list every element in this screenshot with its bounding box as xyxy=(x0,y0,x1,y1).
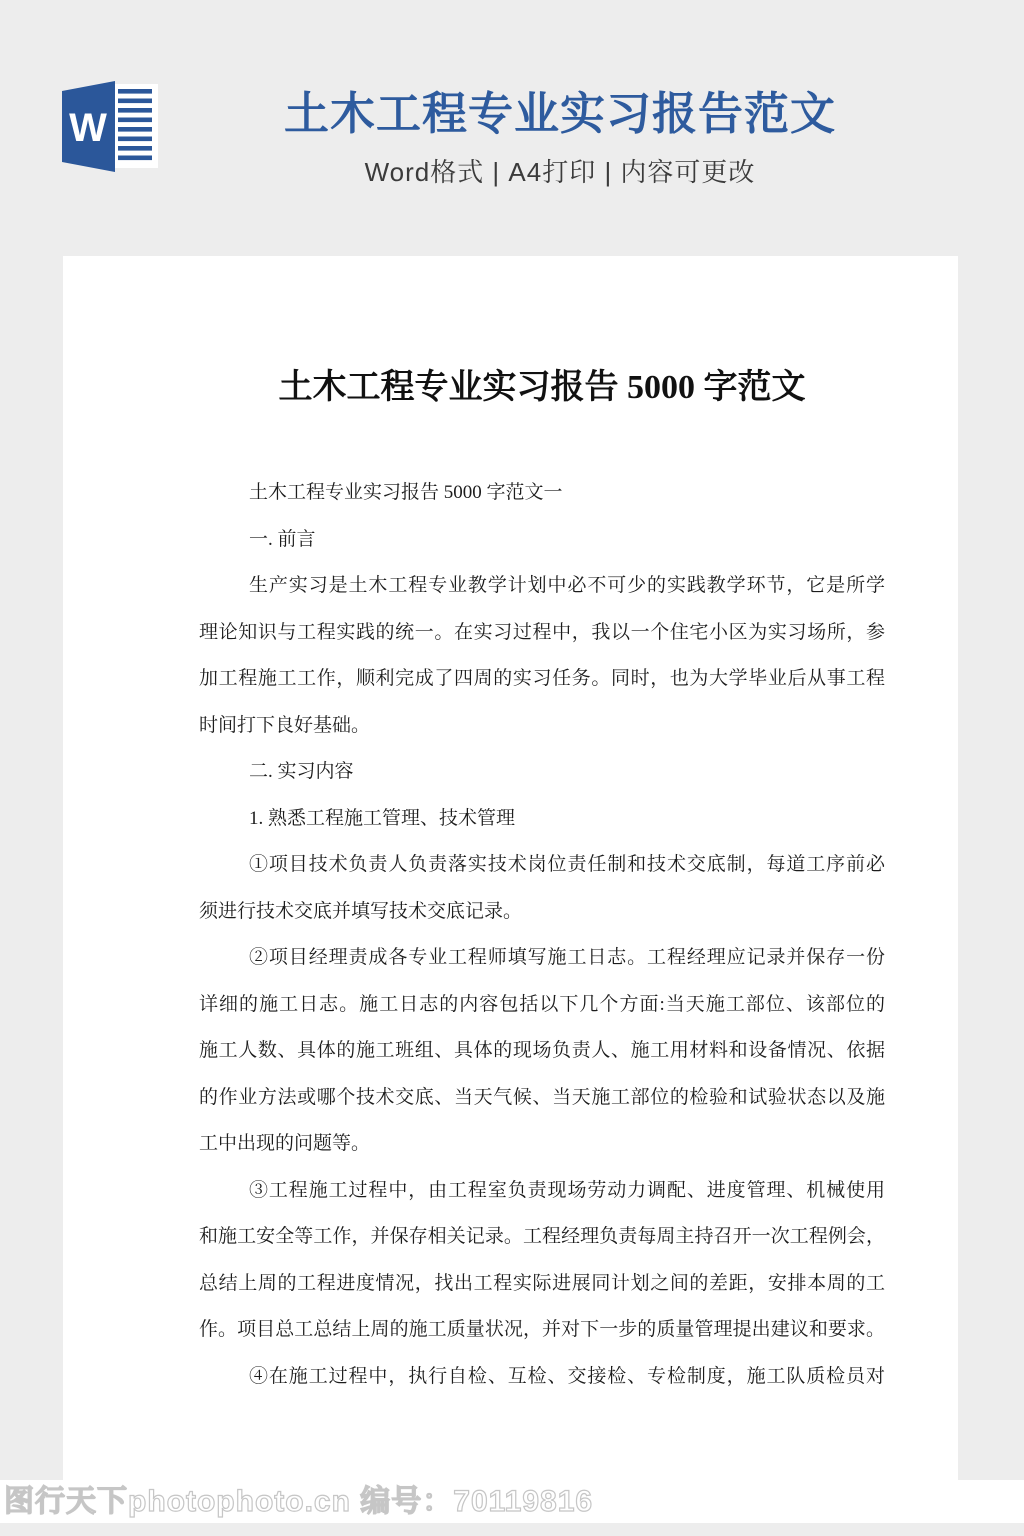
document-line: 的作业方法或哪个技术交底、当天气候、当天施工部位的检验和试验状态以及施 xyxy=(199,1075,885,1122)
header-text: 土木工程专业实习报告范文 Word格式 | A4打印 | 内容可更改 xyxy=(0,0,1024,189)
document-line: 生产实习是土木工程专业教学计划中必不可少的实践教学环节，它是所学 xyxy=(199,563,885,610)
document-line: ④在施工过程中，执行自检、互检、交接检、专检制度，施工队质检员对 xyxy=(199,1354,885,1401)
document-title: 土木工程专业实习报告 5000 字范文 xyxy=(199,365,885,411)
document-line: 和施工安全等工作，并保存相关记录。工程经理负责每周主持召开一次工程例会， xyxy=(199,1214,885,1261)
document-page: 土木工程专业实习报告 5000 字范文 土木工程专业实习报告 5000 字范文一… xyxy=(63,256,958,1523)
document-line: 1. 熟悉工程施工管理、技术管理 xyxy=(199,796,885,843)
document-line: ②项目经理责成各专业工程师填写施工日志。工程经理应记录并保存一份 xyxy=(199,935,885,982)
document-line: 详细的施工日志。施工日志的内容包括以下几个方面:当天施工部位、该部位的 xyxy=(199,982,885,1029)
watermark-text: 图行天下photophoto.cn 编号：70119816 xyxy=(4,1480,593,1523)
header-subtitle: Word格式 | A4打印 | 内容可更改 xyxy=(96,155,1024,189)
document-line: 加工程施工工作，顺利完成了四周的实习任务。同时，也为大学毕业后从事工程 xyxy=(199,656,885,703)
document-line: 工中出现的问题等。 xyxy=(199,1121,885,1168)
footer-watermark-band: 图行天下photophoto.cn 编号：70119816 xyxy=(0,1480,1024,1523)
document-line: 总结上周的工程进度情况，找出工程实际进展同计划之间的差距，安排本周的工 xyxy=(199,1261,885,1308)
document-body: 土木工程专业实习报告 5000 字范文一一. 前言生产实习是土木工程专业教学计划… xyxy=(199,470,885,1400)
document-line: 作。项目总工总结上周的施工质量状况，并对下一步的质量管理提出建议和要求。 xyxy=(199,1307,885,1354)
page-title: 土木工程专业实习报告范文 xyxy=(96,88,1024,140)
document-line: ①项目技术负责人负责落实技术岗位责任制和技术交底制，每道工序前必 xyxy=(199,842,885,889)
document-line: ③工程施工过程中，由工程室负责现场劳动力调配、进度管理、机械使用 xyxy=(199,1168,885,1215)
document-line: 土木工程专业实习报告 5000 字范文一 xyxy=(199,470,885,517)
document-line: 时间打下良好基础。 xyxy=(199,703,885,750)
document-line: 理论知识与工程实践的统一。在实习过程中，我以一个住宅小区为实习场所，参 xyxy=(199,610,885,657)
document-line: 须进行技术交底并填写技术交底记录。 xyxy=(199,889,885,936)
document-line: 二. 实习内容 xyxy=(199,749,885,796)
document-line: 一. 前言 xyxy=(199,517,885,564)
header: W 土木工程专业实习报告范文 Word格式 | A4打印 | 内容可更改 xyxy=(0,0,1024,255)
document-line: 施工人数、具体的施工班组、具体的现场负责人、施工用材料和设备情况、依据 xyxy=(199,1028,885,1075)
bottom-strip xyxy=(0,1523,1024,1536)
